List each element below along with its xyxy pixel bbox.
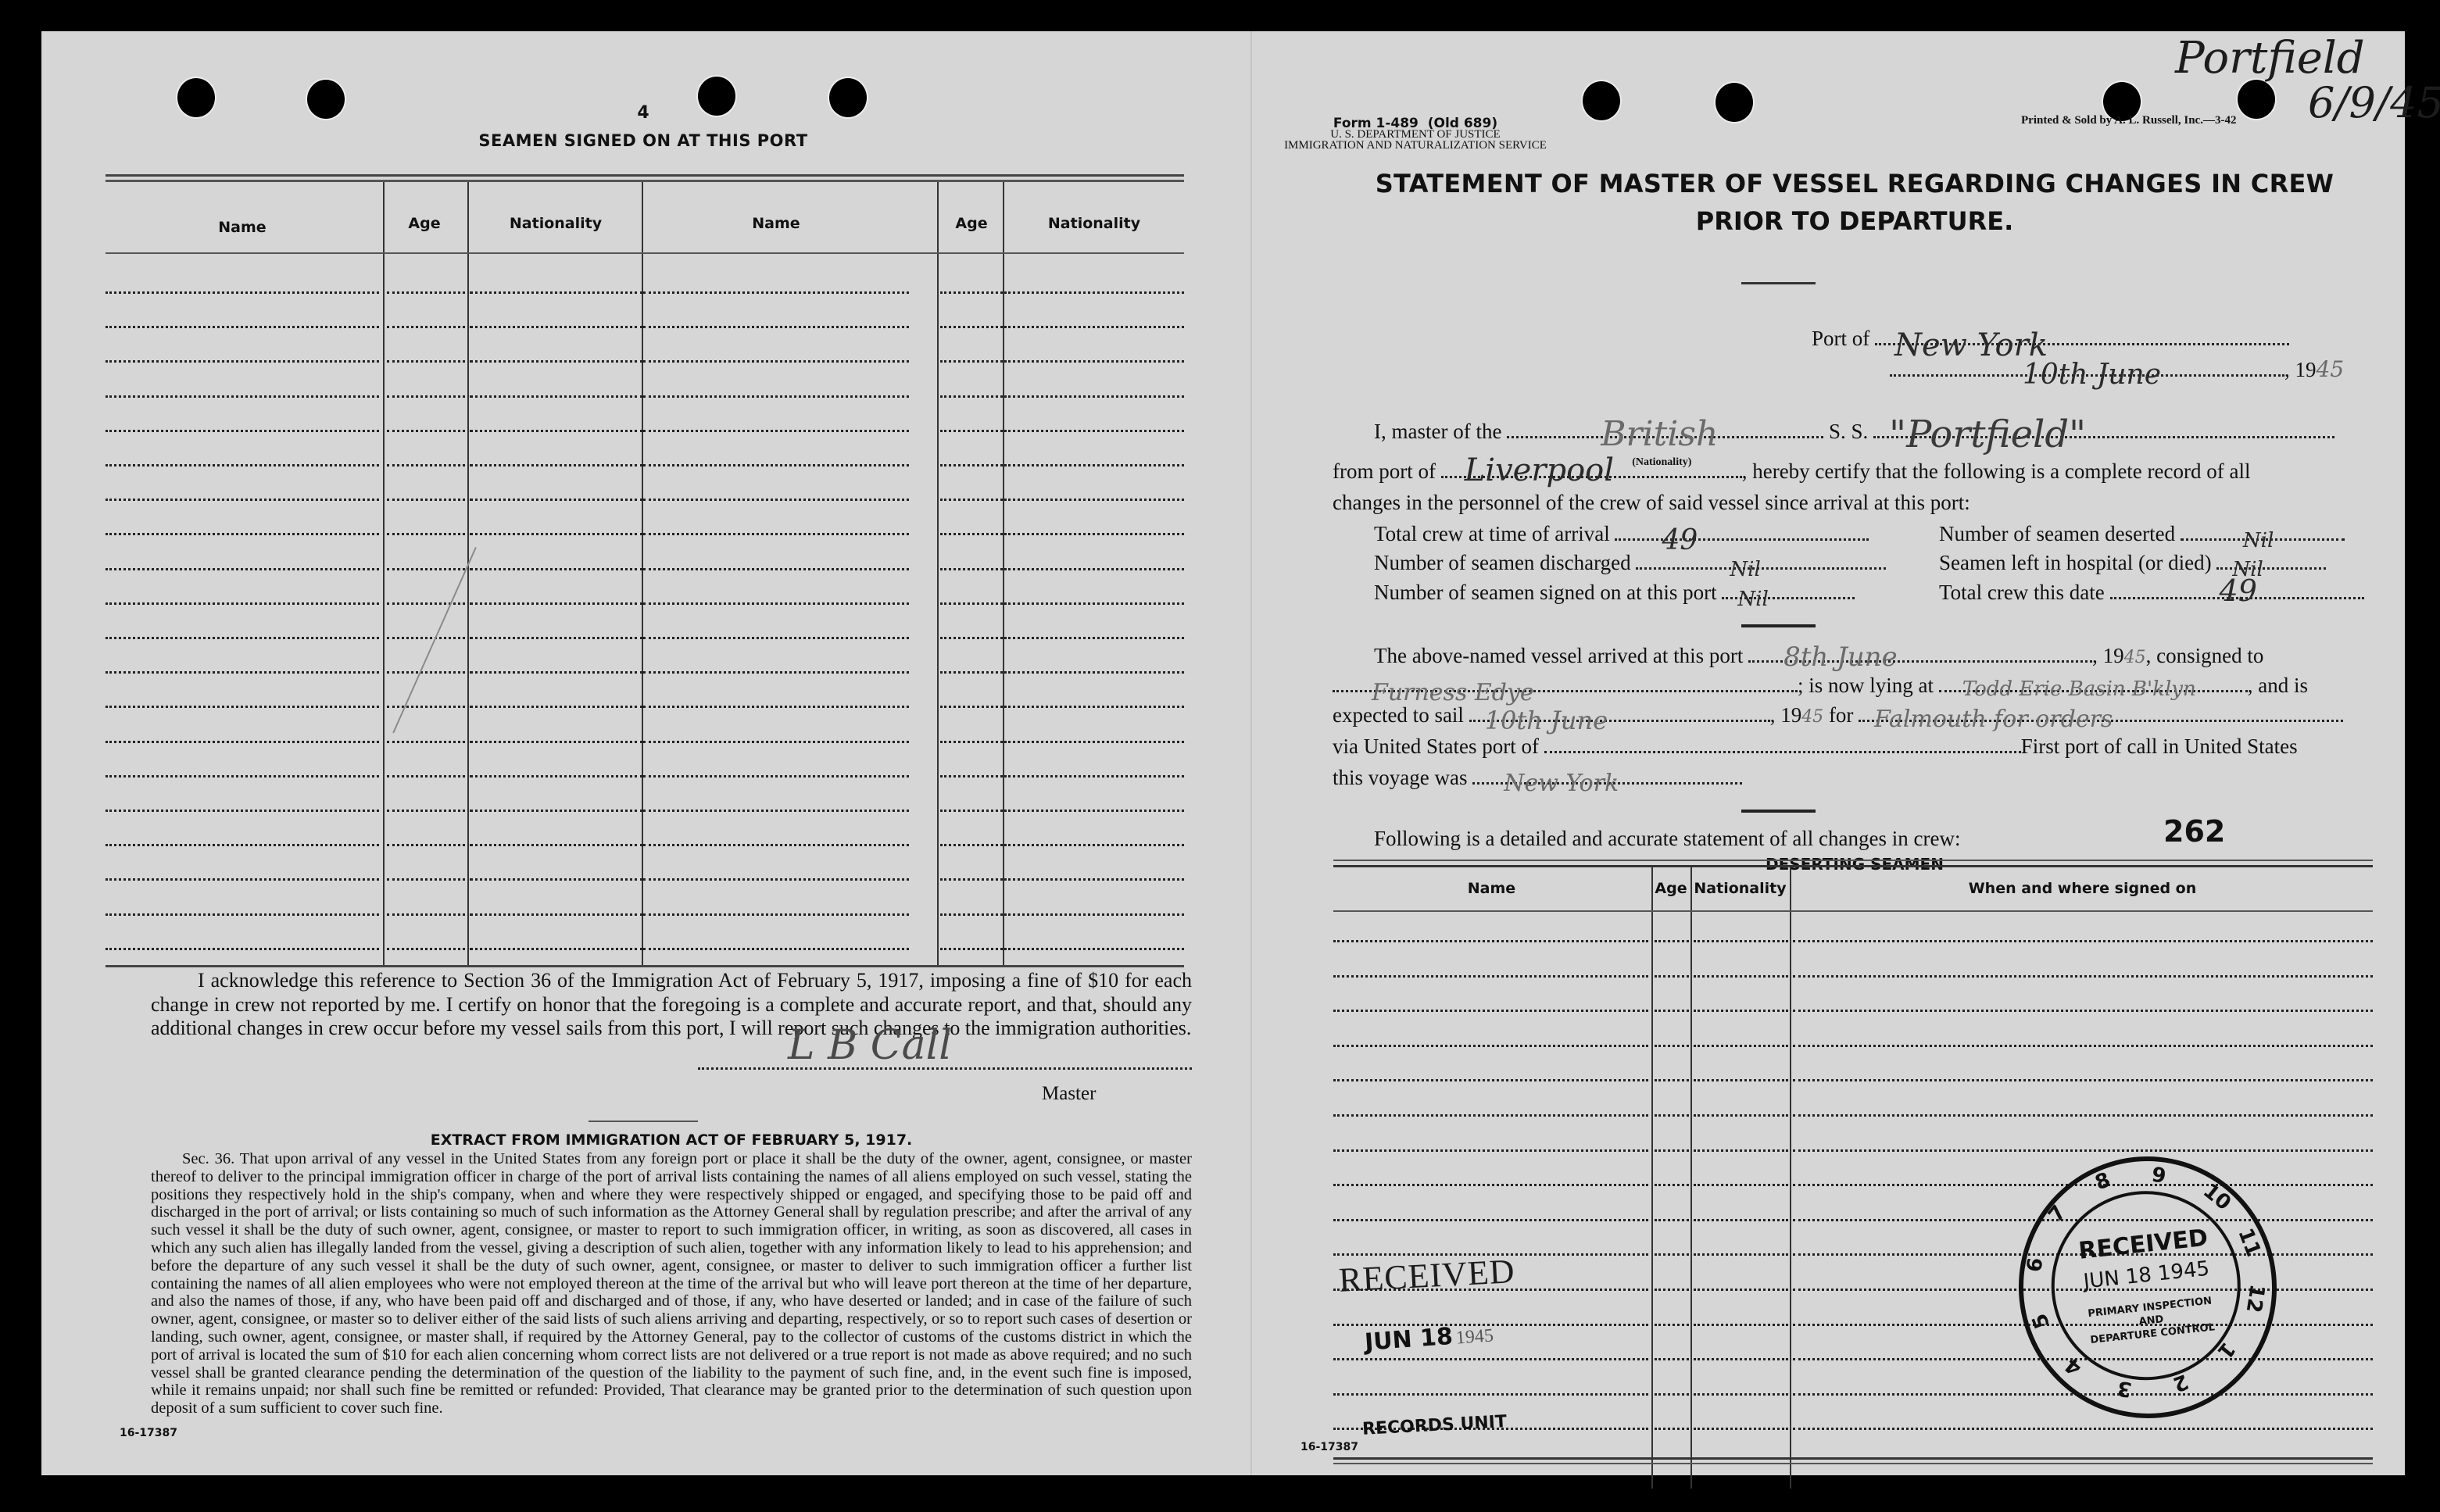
row-rule (1793, 1010, 2373, 1012)
from-port-value: Liverpool (1465, 452, 1614, 488)
lying-at-input[interactable]: Todd Erie Basin B'klyn (1939, 690, 2248, 692)
lying-at-value: Todd Erie Basin B'klyn (1962, 677, 2196, 701)
row-rule (1694, 975, 1788, 978)
column-divider (937, 182, 939, 965)
stat-hospital: Seamen left in hospital (or died) Nil (1939, 551, 2326, 575)
row-rule (387, 878, 465, 881)
punch-hole (307, 80, 345, 119)
column-header-age-2: Age (940, 215, 1003, 232)
row-rule (387, 844, 465, 846)
row-rule (1004, 878, 1184, 881)
row-rule (470, 533, 643, 535)
row-rule (643, 775, 909, 777)
deserting-title: DESERTING SEAMEN (1335, 855, 2374, 874)
print-code: 16-17387 (1300, 1441, 1358, 1453)
row-rule (940, 913, 1003, 916)
table-bottom-rule (1333, 1457, 2373, 1460)
row-rule (1333, 1149, 1648, 1152)
master-signature: L B Call (788, 1022, 952, 1069)
row-rule (387, 499, 465, 501)
and-is-label: , and is (2248, 674, 2308, 697)
row-rule (643, 291, 909, 294)
row-rule (387, 464, 465, 466)
punch-hole (1716, 83, 1753, 122)
arrival-date-input[interactable]: 8th June (1748, 660, 2092, 663)
table-top-rule (1333, 865, 2373, 867)
port-label: Port of (1812, 327, 1869, 350)
row-rule (106, 810, 379, 812)
row-rule (470, 775, 643, 777)
row-rule (1655, 1114, 1689, 1117)
header-rule (106, 252, 1184, 254)
row-rule (470, 499, 643, 501)
vessel-name-input[interactable]: "Portfield" (1873, 436, 2334, 438)
first-port-label: First port of call in United States (2021, 735, 2298, 758)
row-rule (643, 844, 909, 846)
stat-value: Nil (1730, 558, 1760, 581)
row-rule (470, 706, 643, 708)
row-rule (106, 533, 379, 535)
row-rule (1655, 1184, 1689, 1186)
row-rule (1004, 637, 1184, 639)
table-bottom-rule (106, 965, 1184, 967)
voyage-input[interactable]: New York (1472, 782, 1742, 785)
page-number: 4 (604, 103, 682, 123)
row-rule (387, 602, 465, 605)
records-unit-stamp: RECORDS UNIT (1361, 1412, 1507, 1439)
row-rule (940, 948, 1003, 950)
stat-discharged: Number of seamen discharged Nil (1374, 551, 1886, 575)
row-rule (106, 568, 379, 570)
row-rule (387, 775, 465, 777)
table-top-rule (1333, 860, 2373, 861)
from-port-field: from port of Liverpool , hereby certify … (1333, 459, 2250, 484)
date-value: 10th June (2023, 359, 2161, 391)
section-title: SEAMEN SIGNED ON AT THIS PORT (370, 131, 917, 150)
divider (589, 1121, 698, 1122)
row-rule (387, 430, 465, 432)
row-rule (1793, 975, 2373, 978)
row-rule (470, 430, 643, 432)
row-rule (1793, 1428, 2373, 1430)
row-rule (1333, 940, 1648, 942)
row-rule (643, 671, 909, 674)
row-rule (1004, 775, 1184, 777)
row-rule (940, 499, 1003, 501)
row-rule (470, 464, 643, 466)
punch-hole (1583, 81, 1620, 120)
row-rule (470, 395, 643, 398)
year-prefix: 19 (1780, 703, 1801, 727)
row-rule (643, 499, 909, 501)
row-rule (1694, 1253, 1788, 1256)
column-header-name: Name (1333, 880, 1650, 897)
row-rule (387, 706, 465, 708)
round-received-stamp: 910111212345678 RECEIVED JUN 18 1945 PRI… (2005, 1144, 2289, 1432)
row-rule (1694, 1149, 1788, 1152)
row-rule (940, 464, 1003, 466)
annotation-vessel-name: Portfield (2175, 33, 2365, 84)
page-fold (1250, 31, 1252, 1475)
voyage-value: New York (1504, 770, 1619, 797)
row-rule (1004, 810, 1184, 812)
signed-on-input[interactable]: Nil (1722, 597, 1855, 599)
total-today-input[interactable]: 49 (2110, 597, 2364, 599)
row-rule (470, 326, 643, 328)
row-rule (470, 878, 643, 881)
row-rule (643, 637, 909, 639)
row-rule (940, 741, 1003, 743)
punch-hole (698, 77, 735, 116)
destination-input[interactable]: Falmouth for orders (1859, 720, 2343, 722)
row-rule (1694, 1219, 1788, 1221)
stat-total-crew-arrival: Total crew at time of arrival 49 (1374, 522, 1869, 546)
row-rule (470, 810, 643, 812)
row-rule (643, 878, 909, 881)
row-rule (1004, 706, 1184, 708)
row-rule (940, 706, 1003, 708)
via-field: via United States port of First port of … (1333, 735, 2298, 759)
row-rule (470, 844, 643, 846)
form-title-line2: PRIOR TO DEPARTURE. (1335, 206, 2374, 236)
stat-label: Number of seamen deserted (1939, 522, 2175, 545)
row-rule (106, 430, 379, 432)
from-port-label: from port of (1333, 459, 1436, 483)
stat-signed-on: Number of seamen signed on at this port … (1374, 581, 1855, 605)
row-rule (1655, 1289, 1689, 1291)
row-rule (106, 775, 379, 777)
row-rule (643, 395, 909, 398)
row-rule (940, 360, 1003, 363)
row-rule (643, 810, 909, 812)
deserted-input[interactable]: Nil (2181, 538, 2345, 541)
acknowledgment-text: I acknowledge this reference to Section … (151, 969, 1192, 1041)
row-rule (1655, 975, 1689, 978)
stat-value: Nil (1737, 588, 1768, 611)
following-text: Following is a detailed and accurate sta… (1374, 827, 1960, 851)
row-rule (1655, 1079, 1689, 1081)
year-value[interactable]: 45 (2317, 356, 2345, 382)
row-rule (1333, 1010, 1648, 1012)
row-rule (1004, 568, 1184, 570)
row-rule (387, 533, 465, 535)
row-rule (1004, 602, 1184, 605)
row-rule (1694, 1358, 1788, 1360)
stamp-date: JUN 18 (1364, 1323, 1454, 1357)
header-rule (1333, 910, 2373, 912)
row-rule (940, 395, 1003, 398)
sail-date-input[interactable]: 10th June (1469, 720, 1770, 722)
column-divider (1651, 867, 1653, 1489)
row-rule (1004, 948, 1184, 950)
voyage-label: this voyage was (1333, 766, 1467, 789)
row-rule (387, 568, 465, 570)
row-rule (940, 602, 1003, 605)
certify-text: , hereby certify that the following is a… (1742, 459, 2251, 483)
for-label: for (1829, 703, 1853, 727)
stat-label: Total crew at time of arrival (1374, 522, 1610, 545)
row-rule (1333, 1079, 1648, 1081)
stat-value: 49 (2220, 574, 2257, 608)
row-rule (643, 602, 909, 605)
extract-text: Sec. 36. That upon arrival of any vessel… (151, 1150, 1192, 1417)
row-rule (470, 671, 643, 674)
document-paper: 4 SEAMEN SIGNED ON AT THIS PORT Name Age… (41, 31, 2405, 1475)
total-crew-arrival-input[interactable]: 49 (1615, 538, 1869, 541)
row-rule (1655, 1010, 1689, 1012)
row-rule (470, 568, 643, 570)
row-rule (1655, 940, 1689, 942)
row-rule (940, 637, 1003, 639)
stat-label: Total crew this date (1939, 581, 2105, 604)
stat-deserted: Number of seamen deserted Nil (1939, 522, 2345, 546)
signature-label: Master (1042, 1083, 1096, 1105)
row-rule (1694, 1428, 1788, 1430)
row-rule (1694, 1393, 1788, 1396)
discharged-input[interactable]: Nil (1636, 567, 1886, 570)
row-rule (1004, 844, 1184, 846)
consigned-label: , consigned to (2146, 644, 2264, 667)
row-rule (106, 844, 379, 846)
column-divider (467, 182, 469, 965)
column-divider (1790, 867, 1791, 1489)
stat-value: Nil (2243, 529, 2274, 552)
row-rule (387, 291, 465, 294)
row-rule (940, 568, 1003, 570)
row-rule (470, 913, 643, 916)
row-rule (940, 878, 1003, 881)
destination-value: Falmouth for orders (1874, 706, 2113, 733)
row-rule (940, 671, 1003, 674)
via-label: via United States port of (1333, 735, 1539, 758)
column-header-age: Age (385, 215, 463, 232)
row-rule (643, 360, 909, 363)
row-rule (940, 844, 1003, 846)
row-rule (106, 948, 379, 950)
date-input[interactable]: 10th June (1890, 374, 2284, 377)
changes-text: changes in the personnel of the crew of … (1333, 491, 1970, 515)
row-rule (1333, 1114, 1648, 1117)
row-rule (1655, 1219, 1689, 1221)
row-rule (470, 741, 643, 743)
row-rule (1694, 1289, 1788, 1291)
row-rule (1793, 940, 2373, 942)
row-rule (1793, 1114, 2373, 1117)
sail-label: expected to sail (1333, 703, 1464, 727)
printer-credit: Printed & Sold by A. L. Russell, Inc.—3-… (2021, 114, 2236, 127)
row-rule (1004, 360, 1184, 363)
row-rule (1004, 326, 1184, 328)
column-divider (383, 182, 385, 965)
divider (1741, 282, 1816, 284)
date-field: 10th June , 1945 (1890, 356, 2344, 382)
row-rule (1694, 1045, 1788, 1047)
row-rule (387, 948, 465, 950)
row-rule (1333, 1219, 1648, 1221)
row-rule (387, 637, 465, 639)
master-of-field: I, master of the British (Nationality) S… (1374, 420, 2334, 444)
row-rule (940, 430, 1003, 432)
row-rule (1694, 1184, 1788, 1186)
row-rule (643, 948, 909, 950)
row-rule (387, 671, 465, 674)
punch-hole (2238, 80, 2275, 119)
row-rule (470, 360, 643, 363)
table-top-rule (106, 174, 1184, 177)
row-rule (1004, 499, 1184, 501)
master-of-label: I, master of the (1374, 420, 1501, 443)
row-rule (1655, 1253, 1689, 1256)
year-prefix: 19 (2295, 358, 2317, 381)
column-divider (1690, 867, 1692, 1489)
row-rule (940, 326, 1003, 328)
stamp-year: 1945 (1455, 1325, 1494, 1348)
row-rule (1694, 1114, 1788, 1117)
row-rule (1694, 1010, 1788, 1012)
column-header-age: Age (1653, 880, 1689, 897)
sail-date-value: 10th June (1485, 706, 1608, 735)
row-rule (1004, 671, 1184, 674)
row-rule (1694, 940, 1788, 942)
row-rule (106, 395, 379, 398)
print-code: 16-17387 (120, 1427, 177, 1439)
row-rule (643, 706, 909, 708)
row-rule (940, 533, 1003, 535)
stat-label: Number of seamen discharged (1374, 551, 1631, 574)
row-rule (106, 326, 379, 328)
row-rule (1694, 1324, 1788, 1326)
ss-label: S. S. (1829, 420, 1868, 443)
year-prefix: 19 (2103, 644, 2124, 667)
row-rule (1333, 1045, 1648, 1047)
row-rule (643, 568, 909, 570)
row-rule (940, 291, 1003, 294)
row-rule (470, 291, 643, 294)
row-rule (470, 948, 643, 950)
row-rule (1655, 1428, 1689, 1430)
port-field: Port of New York (1812, 327, 2289, 351)
row-rule (470, 602, 643, 605)
row-rule (643, 326, 909, 328)
voyage-field: this voyage was New York (1333, 766, 1742, 790)
row-rule (387, 810, 465, 812)
divider (1741, 810, 1816, 813)
row-rule (106, 913, 379, 916)
nationality-input[interactable]: British (Nationality) (1507, 436, 1823, 438)
consignee-input[interactable]: Furness Edye (1333, 690, 1798, 692)
arrival-label: The above-named vessel arrived at this p… (1374, 644, 1743, 667)
lying-label: ; is now lying at (1798, 674, 1934, 697)
row-rule (470, 637, 643, 639)
column-divider (1003, 182, 1004, 965)
row-rule (1004, 741, 1184, 743)
consignee-value: Furness Edye (1372, 679, 1534, 706)
row-rule (1655, 1149, 1689, 1152)
row-rule (643, 464, 909, 466)
column-header-name-2: Name (643, 215, 909, 232)
row-rule (387, 741, 465, 743)
row-rule (643, 430, 909, 432)
row-rule (1004, 913, 1184, 916)
service: IMMIGRATION AND NATURALIZATION SERVICE (1283, 139, 1548, 152)
row-rule (1004, 291, 1184, 294)
column-header-name: Name (106, 219, 379, 236)
row-rule (1655, 1324, 1689, 1326)
year-value[interactable]: 45 (2124, 648, 2146, 667)
row-rule (1004, 430, 1184, 432)
consignee-field: Furness Edye ; is now lying at Todd Erie… (1333, 674, 2308, 698)
column-header-when-where: When and where signed on (1792, 880, 2373, 897)
row-rule (106, 291, 379, 294)
row-rule (643, 741, 909, 743)
row-rule (106, 671, 379, 674)
nationality-value: British (1601, 414, 1718, 454)
row-rule (940, 775, 1003, 777)
year-value[interactable]: 45 (1801, 707, 1823, 727)
row-rule (106, 602, 379, 605)
from-port-input[interactable]: Liverpool (1441, 476, 1742, 478)
stat-label: Seamen left in hospital (or died) (1939, 551, 2212, 574)
row-rule (1793, 1045, 2373, 1047)
sail-field: expected to sail 10th June , 1945 for Fa… (1333, 703, 2343, 727)
column-divider (642, 182, 643, 965)
row-rule (387, 326, 465, 328)
via-port-input[interactable] (1544, 751, 2021, 753)
form-title-line1: STATEMENT OF MASTER OF VESSEL REGARDING … (1335, 169, 2374, 198)
stat-label: Number of seamen signed on at this port (1374, 581, 1717, 604)
row-rule (1333, 1393, 1648, 1396)
hospital-input[interactable]: Nil (2216, 567, 2326, 570)
row-rule (387, 913, 465, 916)
row-rule (1333, 1358, 1648, 1360)
row-rule (1655, 1393, 1689, 1396)
row-rule (106, 741, 379, 743)
row-rule (1793, 1149, 2373, 1152)
vessel-name-value: "Portfield" (1889, 413, 2086, 456)
row-rule (106, 464, 379, 466)
stamp-clock-number: 12 (2241, 1282, 2269, 1314)
annotation-date: 6/9/45 (2308, 78, 2440, 127)
page-stamp-number: 262 (2163, 814, 2225, 849)
row-rule (1004, 464, 1184, 466)
divider (1741, 624, 1816, 627)
row-rule (387, 395, 465, 398)
stat-total-today: Total crew this date 49 (1939, 581, 2364, 605)
row-rule (1655, 1358, 1689, 1360)
row-rule (106, 637, 379, 639)
row-rule (106, 360, 379, 363)
row-rule (1655, 1045, 1689, 1047)
row-rule (643, 913, 909, 916)
table-top-rule (106, 180, 1184, 182)
received-stamp: RECEIVED (1338, 1251, 1516, 1300)
row-rule (1333, 1184, 1648, 1186)
row-rule (1694, 1079, 1788, 1081)
row-rule (387, 360, 465, 363)
column-header-nationality: Nationality (1692, 880, 1788, 897)
punch-hole (177, 78, 215, 117)
row-rule (1004, 533, 1184, 535)
row-rule (1793, 1079, 2373, 1081)
row-rule (1333, 975, 1648, 978)
row-rule (106, 878, 379, 881)
row-rule (1004, 395, 1184, 398)
port-input[interactable]: New York (1875, 343, 2289, 345)
arrival-field: The above-named vessel arrived at this p… (1374, 644, 2263, 668)
extract-title: EXTRACT FROM IMMIGRATION ACT OF FEBRUARY… (151, 1131, 1192, 1149)
row-rule (106, 706, 379, 708)
row-rule (940, 810, 1003, 812)
